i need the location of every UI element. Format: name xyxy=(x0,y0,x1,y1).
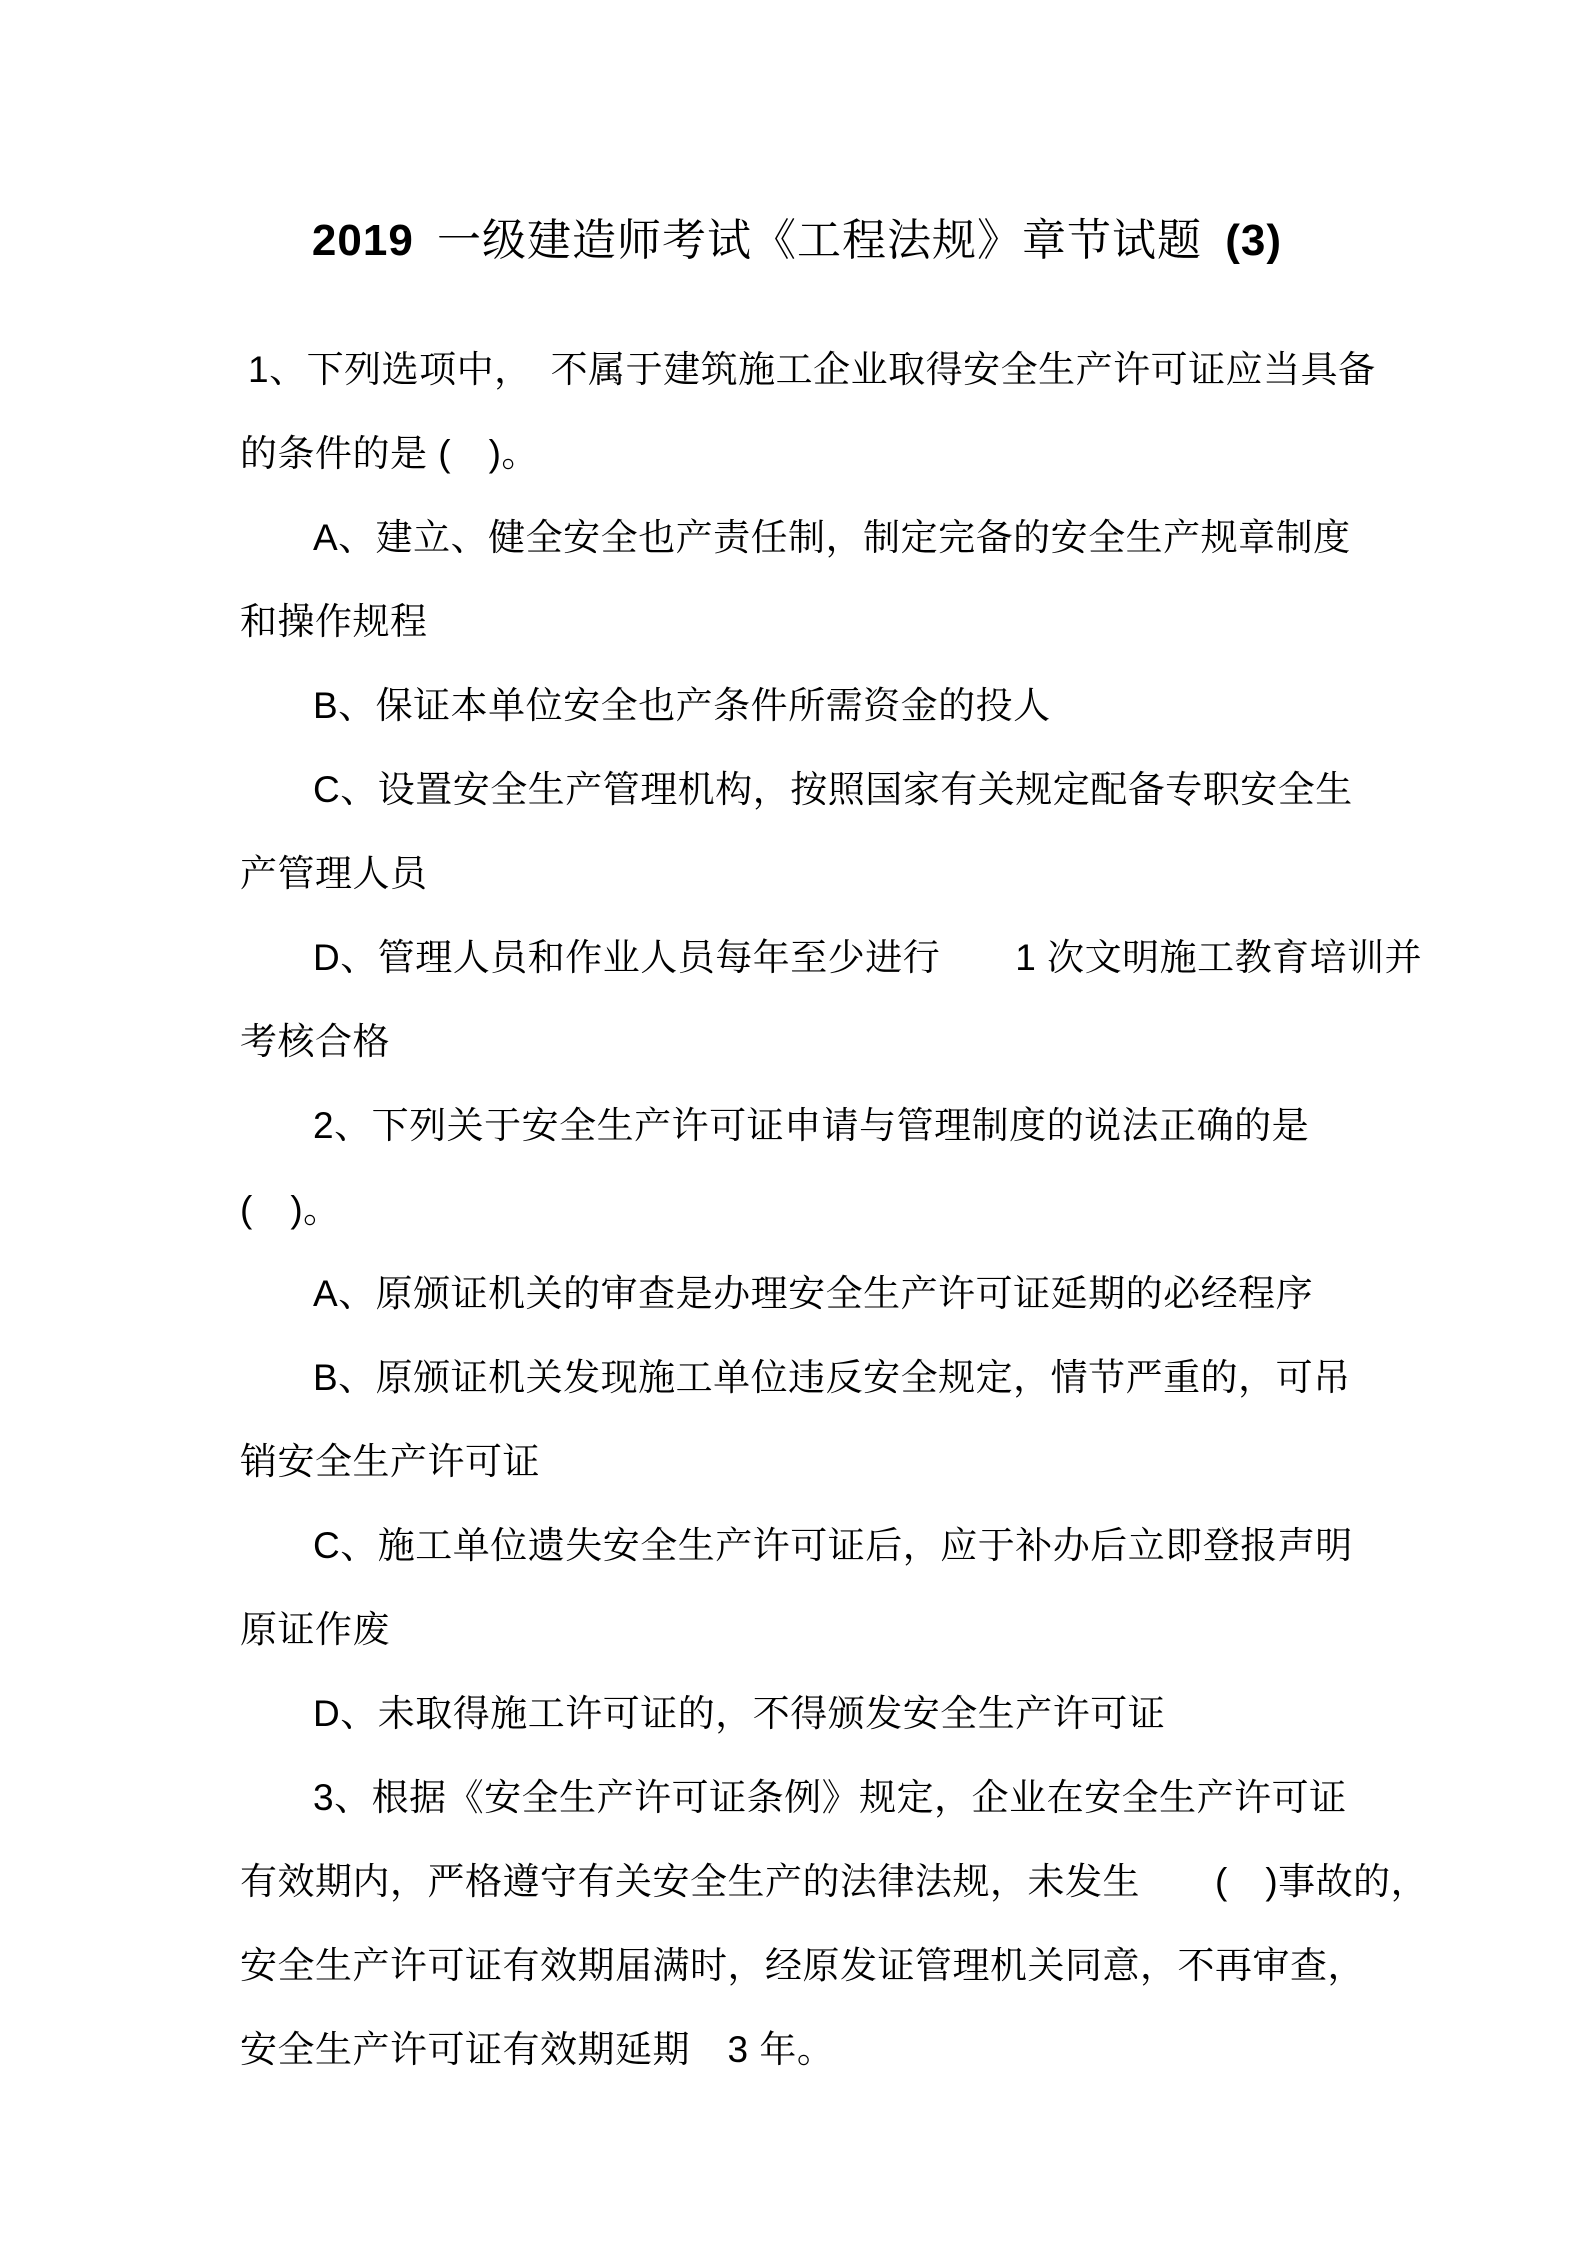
text-line: ( )。 xyxy=(240,1168,1370,1252)
text-line: D、管理人员和作业人员每年至少进行 1 次文明施工教育培训并 xyxy=(240,916,1370,1000)
document-page: 2019 一级建造师考试《工程法规》章节试题 (3) 1、下列选项中， 不属于建… xyxy=(0,0,1594,2255)
text-line: 安全生产许可证有效期延期 3 年。 xyxy=(240,2008,1370,2092)
text-line: D、未取得施工许可证的，不得颁发安全生产许可证 xyxy=(240,1672,1370,1756)
text-line: 1、下列选项中， 不属于建筑施工企业取得安全生产许可证应当具备 xyxy=(240,328,1370,412)
text-line: 3、根据《安全生产许可证条例》规定，企业在安全生产许可证 xyxy=(240,1756,1370,1840)
text-line: 安全生产许可证有效期届满时，经原发证管理机关同意，不再审查， xyxy=(240,1924,1370,2008)
text-line: A、建立、健全安全也产责任制，制定完备的安全生产规章制度 xyxy=(240,496,1370,580)
text-line: 销安全生产许可证 xyxy=(240,1420,1370,1504)
text-line: B、原颁证机关发现施工单位违反安全规定，情节严重的，可吊 xyxy=(240,1336,1370,1420)
text-line: C、施工单位遗失安全生产许可证后，应于补办后立即登报声明 xyxy=(240,1504,1370,1588)
text-line: C、设置安全生产管理机构，按照国家有关规定配备专职安全生 xyxy=(240,748,1370,832)
document-title: 2019 一级建造师考试《工程法规》章节试题 (3) xyxy=(0,204,1594,268)
text-line: 的条件的是 ( )。 xyxy=(240,412,1370,496)
text-line: 和操作规程 xyxy=(240,580,1370,664)
text-line: 有效期内，严格遵守有关安全生产的法律法规，未发生 ( )事故的， xyxy=(240,1840,1370,1924)
title-part-number: (3) xyxy=(1225,216,1282,265)
document-body: 1、下列选项中， 不属于建筑施工企业取得安全生产许可证应当具备的条件的是 ( )… xyxy=(240,328,1370,2092)
text-line: 产管理人员 xyxy=(240,832,1370,916)
text-line: 2、下列关于安全生产许可证申请与管理制度的说法正确的是 xyxy=(240,1084,1370,1168)
text-line: 原证作废 xyxy=(240,1588,1370,1672)
text-line: A、原颁证机关的审查是办理安全生产许可证延期的必经程序 xyxy=(240,1252,1370,1336)
text-line: 考核合格 xyxy=(240,1000,1370,1084)
title-main-text: 一级建造师考试《工程法规》章节试题 xyxy=(437,216,1202,265)
title-year: 2019 xyxy=(312,216,414,265)
text-line: B、保证本单位安全也产条件所需资金的投人 xyxy=(240,664,1370,748)
